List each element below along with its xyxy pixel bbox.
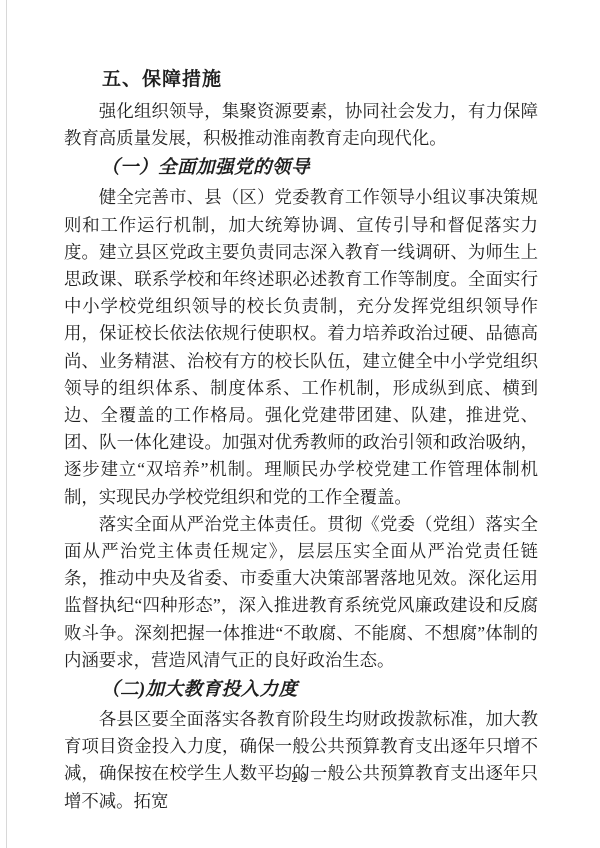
scan-edge-line bbox=[6, 0, 7, 848]
section-heading: 五、保障措施 bbox=[64, 66, 538, 94]
document-content: 五、保障措施 强化组织领导，集聚资源要素，协同社会发力，有力保障教育高质量发展，… bbox=[64, 60, 538, 815]
subsection-heading-2: （二)加大教育投入力度 bbox=[64, 676, 538, 704]
subsection-1-paragraph-2: 落实全面从严治党主体责任。贯彻《党委（党组）落实全面从严治党主体责任规定》，层层… bbox=[64, 511, 538, 674]
subsection-heading-1: （一）全面加强党的领导 bbox=[64, 154, 538, 182]
document-page: 五、保障措施 强化组织领导，集聚资源要素，协同社会发力，有力保障教育高质量发展，… bbox=[0, 0, 600, 848]
subsection-1-paragraph-1: 健全完善市、县（区）党委教育工作领导小组议事决策规则和工作运行机制，加大统筹协调… bbox=[64, 184, 538, 510]
page-number: – 28 – bbox=[0, 770, 600, 786]
intro-paragraph: 强化组织领导，集聚资源要素，协同社会发力，有力保障教育高质量发展，积极推动淮南教… bbox=[64, 98, 538, 152]
subsection-2-paragraph-1: 各县区要全面落实各教育阶段生均财政拨款标准，加大教育项目资金投入力度，确保一般公… bbox=[64, 706, 538, 815]
